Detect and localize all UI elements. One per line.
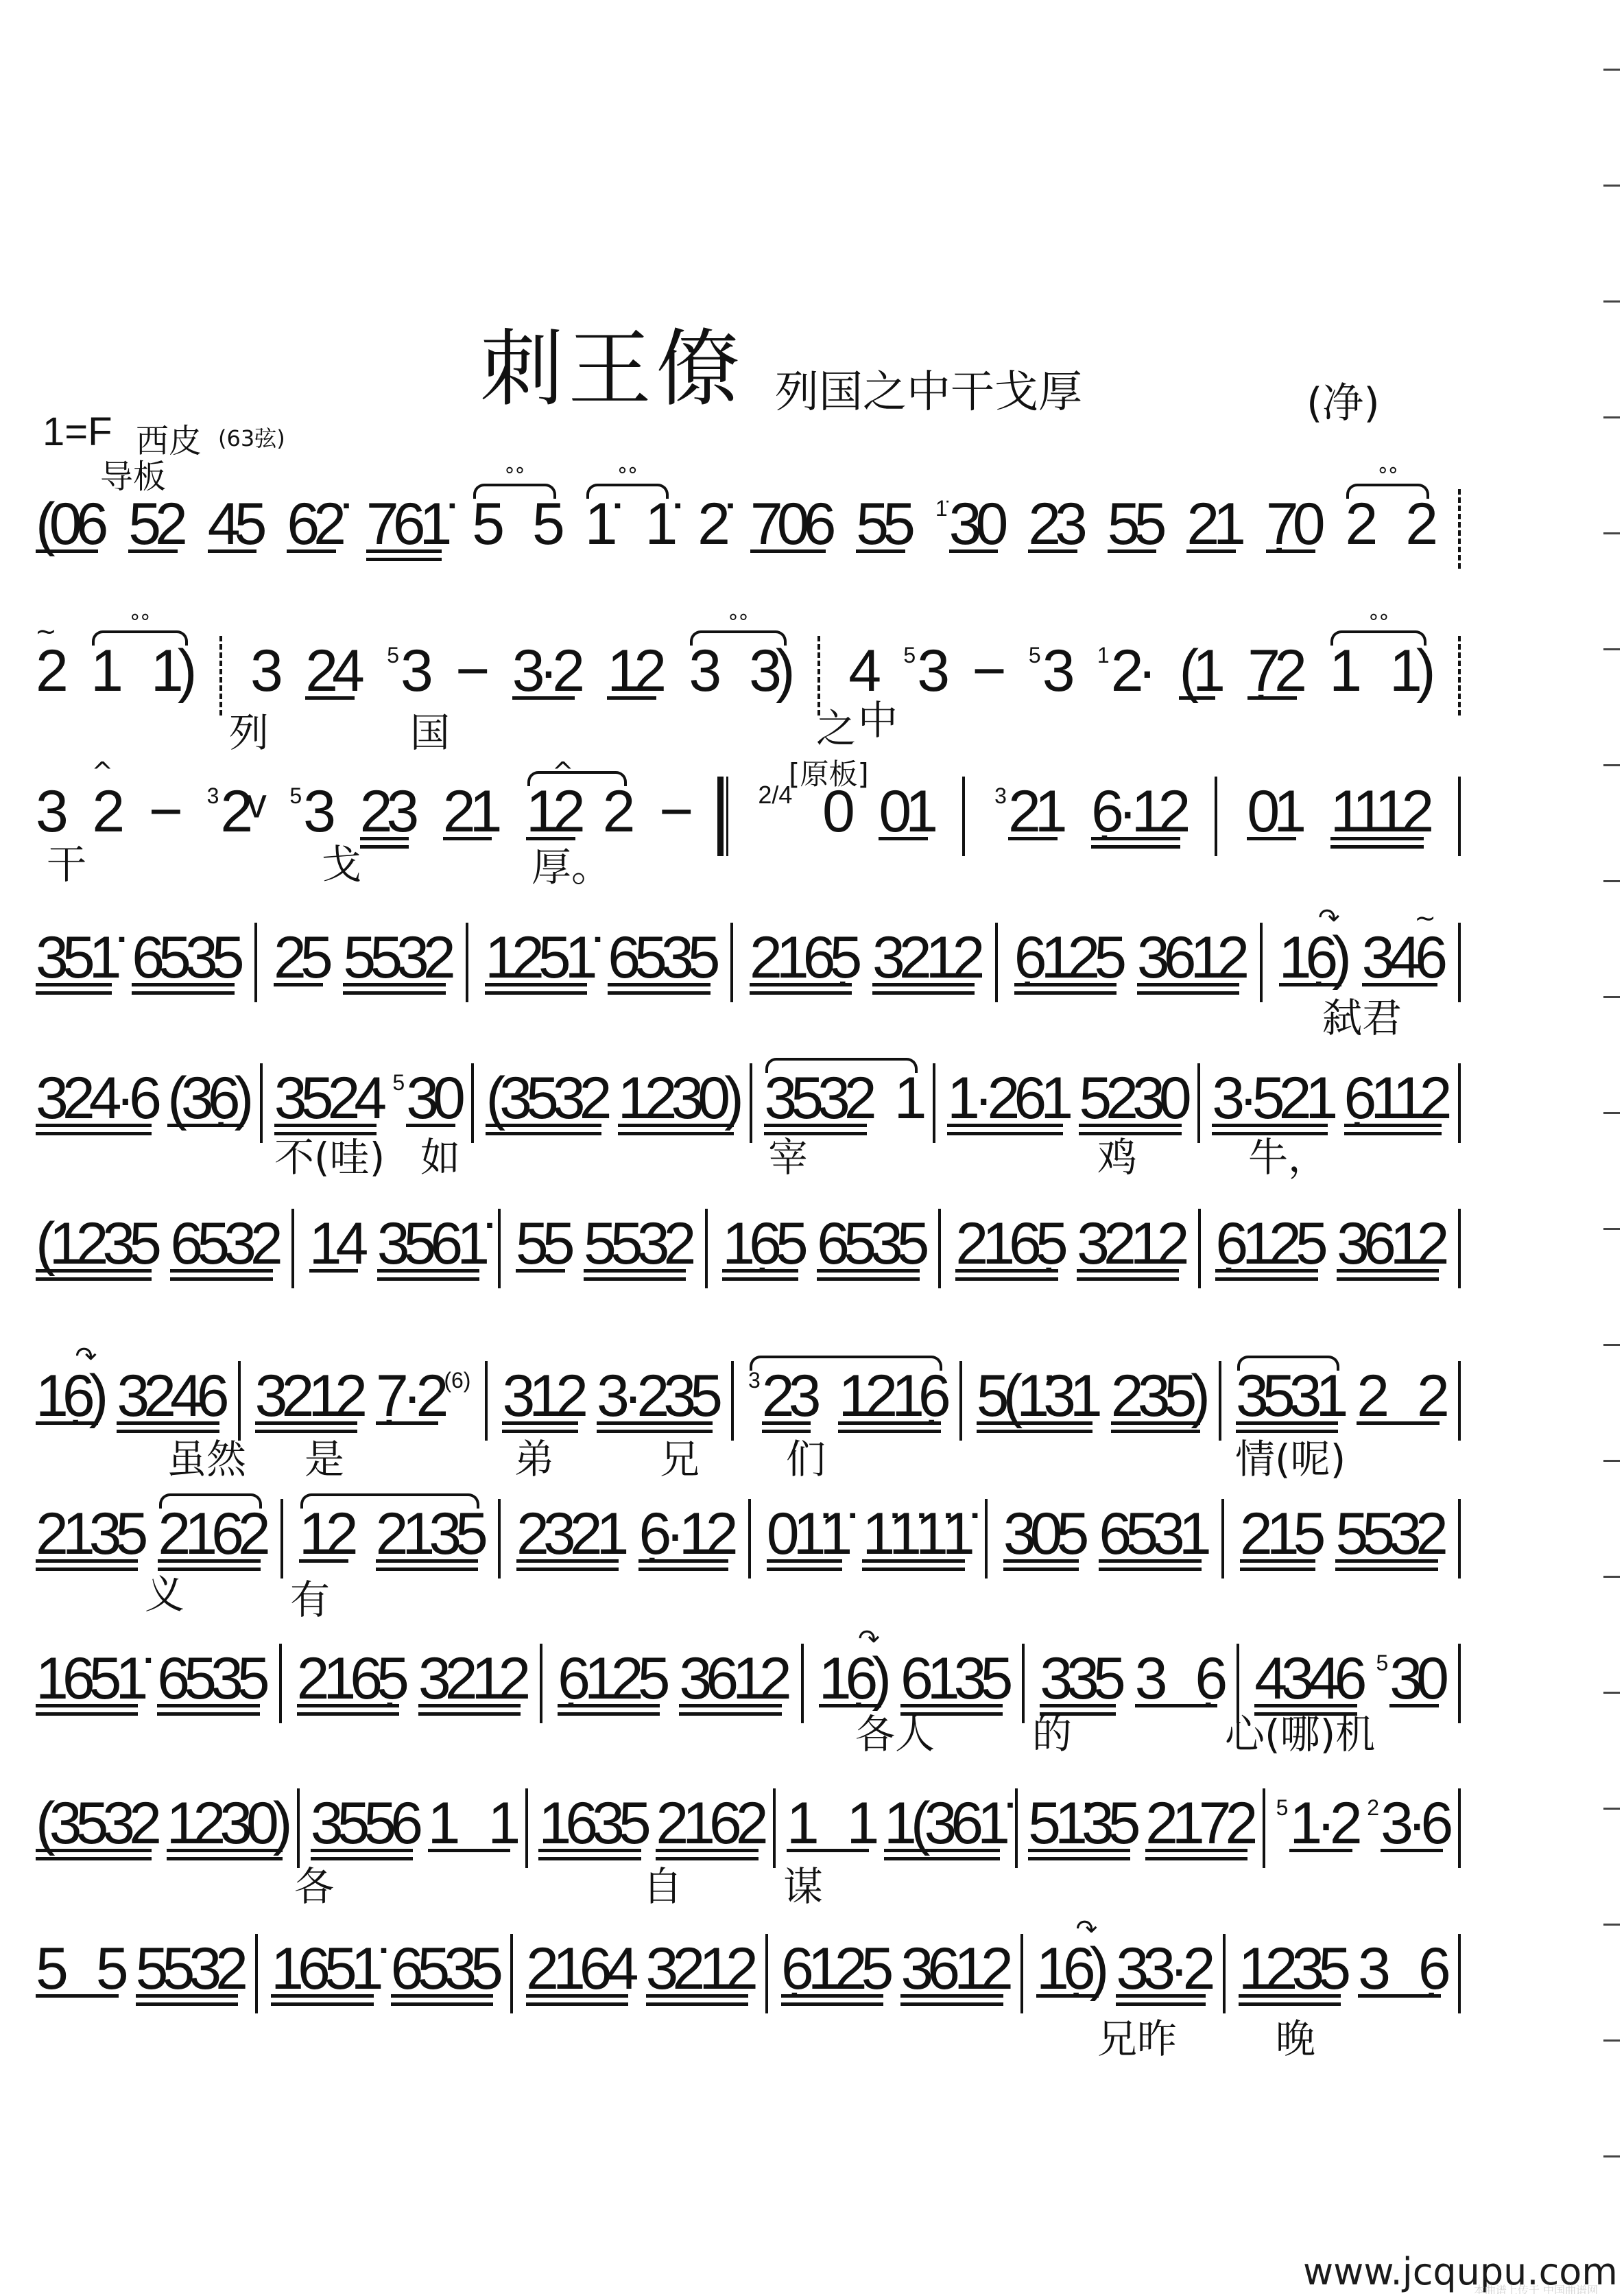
note-group: 530	[392, 1069, 459, 1128]
note-digits: 16̣)	[819, 1649, 885, 1708]
note-group: 3612	[900, 1939, 1007, 1998]
note-group: 6̣125	[1215, 1214, 1322, 1273]
note-digits: 2135	[36, 1504, 142, 1563]
note-group: 45	[208, 495, 261, 554]
note-group: 3531	[1236, 1367, 1342, 1426]
note-digits: 0	[822, 782, 849, 841]
double-beam-line	[955, 1269, 1058, 1281]
lyric: 兄	[660, 1437, 700, 1481]
note-group: 3524	[274, 1069, 381, 1128]
note-digits: 6̣·12	[1091, 782, 1184, 841]
double-beam-line	[608, 983, 710, 995]
note-digits: 21	[1008, 782, 1062, 841]
note-digits: 51̇35	[1028, 1794, 1134, 1853]
barline	[525, 1788, 528, 1868]
note-digits: 1651̇	[271, 1939, 377, 1998]
double-beam-line	[558, 1704, 660, 1716]
note-digits: 1 1	[787, 1794, 874, 1853]
note-digits: 2321	[516, 1504, 623, 1563]
harmonic-circle-icon: °°	[1333, 613, 1424, 633]
grace-note: 3	[207, 785, 219, 807]
note-group: 21	[443, 782, 497, 841]
double-beam-line	[1028, 1849, 1130, 1860]
barline	[471, 1063, 474, 1143]
note-digits: 3212	[418, 1649, 525, 1708]
lyric: 弟	[514, 1437, 554, 1481]
note-group: 3212	[872, 928, 979, 987]
note-digits: 3·521	[1212, 1069, 1332, 1128]
note-group: 33·2	[1116, 1939, 1209, 1998]
barline	[962, 777, 965, 856]
note-group: 16̣)↷	[1036, 1939, 1103, 1998]
note-digits: 1(361̇	[884, 1794, 1004, 1853]
note-group: 3212	[1077, 1214, 1183, 1273]
harmonic-circle-icon: °°	[1349, 466, 1426, 486]
trailing-grace-note: (6)	[444, 1369, 470, 1391]
note-group: 6̣125	[781, 1939, 887, 1998]
note-group: 14	[309, 1214, 363, 1273]
note-group: 6̣·12	[638, 1504, 732, 1563]
double-beam-line	[170, 1269, 272, 1281]
note-digits: 2	[92, 782, 119, 841]
note-group: 23·6	[1367, 1794, 1447, 1853]
double-beam-line	[311, 1849, 413, 1860]
barline	[765, 1934, 768, 2013]
note-digits: 4346	[1254, 1649, 1361, 1708]
double-beam-line	[1239, 1994, 1341, 2006]
double-beam-line	[618, 1124, 734, 1135]
double-beam-line	[167, 1849, 283, 1860]
note-group: 323	[748, 1367, 815, 1426]
note-group: 01	[879, 782, 932, 841]
key-signature: 1=F	[43, 409, 112, 455]
note-digits: 12	[299, 1504, 353, 1563]
double-beam-line	[36, 1124, 152, 1135]
beam-line	[526, 837, 575, 840]
note-group: 7̣·2(6)	[376, 1367, 470, 1426]
note-digits: 5532	[1335, 1504, 1442, 1563]
note-digits: 5532	[584, 1214, 690, 1273]
barline	[510, 1934, 513, 2013]
tempo-intro-label: 导板	[100, 450, 166, 497]
beam-line	[309, 1269, 359, 1273]
dashed-barline	[817, 636, 820, 716]
note-group: 6535	[391, 1939, 497, 1998]
note-digits: 3532	[764, 1069, 870, 1128]
role-type: (净)	[1306, 370, 1380, 429]
note-group: 3·521	[1212, 1069, 1332, 1128]
double-beam-line	[817, 1269, 919, 1281]
note-group: 7̣0	[1266, 495, 1319, 554]
harmonic-circle-icon: °°	[95, 613, 185, 633]
double-beam-line	[767, 1559, 843, 1571]
double-beam-line	[255, 1421, 357, 1433]
note-group: 346~	[1362, 928, 1442, 987]
slur-arc-icon: °°	[586, 484, 669, 499]
beam-line	[443, 837, 492, 840]
double-beam-line	[1111, 1421, 1200, 1433]
note-digits: 1216̣	[838, 1367, 944, 1426]
slur-arc-icon	[765, 1058, 918, 1073]
double-beam-line	[36, 1269, 152, 1281]
note-digits: −	[149, 782, 177, 841]
tuning-label: (63弦)	[218, 421, 285, 453]
double-beam-line	[391, 1994, 493, 2006]
note-digits: 3	[36, 782, 62, 841]
note-group: 1̇1̇1̇1̇	[862, 1504, 968, 1563]
note-group: 1 1	[787, 1794, 874, 1853]
note-digits: 235)	[1111, 1367, 1204, 1426]
beam-line	[167, 1124, 243, 1127]
slurred-group: 3231216̣	[748, 1367, 945, 1426]
double-beam-line	[656, 1849, 758, 1860]
score-line-11: 5 555321651̇6535216432126̣125361216̣)↷33…	[36, 1939, 1461, 1998]
note-digits: 2	[36, 641, 62, 700]
note-group: 3 6̣	[1358, 1939, 1445, 1998]
double-beam-line	[722, 1269, 798, 1281]
dashed-barline	[1458, 636, 1461, 716]
beam-line	[376, 1421, 438, 1425]
barline	[466, 923, 468, 1002]
note-group: (06	[36, 495, 102, 554]
beam-line	[787, 1849, 870, 1852]
note-digits: 6535	[608, 928, 714, 987]
lyric: 心(哪)机	[1225, 1712, 1375, 1756]
note-group: 2̇	[697, 495, 724, 554]
note-digits: 3	[250, 641, 277, 700]
note-group: 305	[1003, 1504, 1084, 1563]
note-digits: 6532	[170, 1214, 276, 1273]
note-digits: (3532	[36, 1794, 156, 1853]
note-digits: 2165̣	[955, 1214, 1062, 1273]
note-group: 2 2	[1357, 1367, 1444, 1426]
note-digits: 21	[443, 782, 497, 841]
note-digits: 6̣125	[558, 1649, 664, 1708]
double-beam-line	[377, 1269, 479, 1281]
note-group: 3556	[311, 1794, 417, 1853]
note-group: 6̣125	[558, 1649, 664, 1708]
note-group: 62̇	[287, 495, 340, 554]
note-group: 01̇1̇	[767, 1504, 847, 1563]
barline	[498, 1209, 501, 1288]
note-group: 2	[603, 782, 630, 841]
note-digits: 2ᵛ	[220, 782, 259, 841]
grace-note: 5	[1029, 644, 1041, 666]
note-digits: 3612	[1137, 928, 1243, 987]
note-group: 5 5	[36, 1939, 123, 1998]
grace-note: 3	[748, 1369, 761, 1391]
double-beam-line	[36, 1704, 138, 1716]
barline	[705, 1209, 708, 1288]
note-group: 0	[822, 782, 849, 841]
double-beam-line	[297, 1704, 399, 1716]
barline	[995, 923, 998, 1002]
barline	[255, 1934, 258, 2013]
double-beam-line	[36, 1559, 138, 1571]
barline	[291, 1209, 294, 1288]
note-group: 12^	[526, 782, 580, 841]
note-digits: 1	[894, 1069, 921, 1128]
barline	[279, 1644, 282, 1723]
double-beam-line	[366, 549, 442, 561]
lyric: 鸡	[1097, 1135, 1137, 1179]
lyric: 自	[643, 1865, 682, 1908]
note-digits: 3556	[311, 1794, 417, 1853]
grace-note: 3	[994, 785, 1007, 807]
barline	[985, 1499, 988, 1578]
double-beam-line	[750, 983, 852, 995]
beam-line	[1389, 1704, 1439, 1707]
note-digits: 2172	[1145, 1794, 1252, 1853]
note-group: 3212	[255, 1367, 361, 1426]
note-group: 1635	[538, 1794, 645, 1853]
note-digits: 215	[1240, 1504, 1320, 1563]
double-beam-line	[502, 1421, 578, 1433]
note-digits: 6135	[900, 1649, 1007, 1708]
note-group: 12·	[1097, 641, 1151, 700]
double-beam-line	[486, 1124, 601, 1135]
grace-note: 2	[1367, 1797, 1379, 1819]
note-digits: 6531	[1099, 1504, 1205, 1563]
barline	[1263, 1788, 1265, 1868]
beam-line	[406, 1124, 455, 1127]
note-group: (3532	[486, 1069, 606, 1128]
note-digits: 351̇	[36, 928, 116, 987]
barline	[801, 1644, 804, 1723]
note-digits: 1·261	[947, 1069, 1067, 1128]
double-beam-line	[1240, 1559, 1316, 1571]
note-digits: 23	[1028, 495, 1082, 554]
note-group: 16̣)↷	[1279, 928, 1346, 987]
double-beam-line	[271, 1994, 373, 2006]
lyric: 中	[858, 698, 898, 742]
note-group: (36̣)	[167, 1069, 248, 1128]
note-digits: 6535	[132, 928, 238, 987]
double-beam-line	[485, 983, 587, 995]
note-group: 2162	[656, 1794, 762, 1853]
note-digits: 3·235	[597, 1367, 717, 1426]
grace-note: 1	[1097, 644, 1110, 666]
double-beam-line	[1335, 1559, 1437, 1571]
note-group: 55	[1108, 495, 1161, 554]
double-beam-line	[1330, 837, 1424, 849]
note-group: 25	[274, 928, 327, 987]
barline	[959, 1361, 962, 1441]
grace-note: 5	[903, 644, 916, 666]
barline	[1458, 1209, 1461, 1288]
note-group: 1235	[1239, 1939, 1345, 1998]
slur-arc-icon: °°	[690, 630, 786, 646]
note-digits: 3	[303, 782, 330, 841]
note-group: (1235	[36, 1214, 156, 1273]
note-digits: 3612	[679, 1649, 785, 1708]
trill-ornament-icon: ~	[1414, 905, 1436, 931]
barline	[1260, 923, 1263, 1002]
note-digits: 6535	[817, 1214, 923, 1273]
note-digits: 12	[526, 782, 580, 841]
score-line-5: 324·6(36̣)3524530(35321230)353211·261523…	[36, 1069, 1461, 1128]
grace-note: 5	[1376, 1652, 1388, 1674]
note-digits: 1 1	[428, 1794, 515, 1853]
note-digits: 2 2	[1345, 495, 1432, 554]
slurred-group: 35321	[764, 1069, 920, 1128]
double-beam-line	[872, 983, 975, 995]
barline	[540, 1644, 542, 1723]
note-group: 23	[1028, 495, 1082, 554]
beam-line	[208, 549, 257, 553]
note-group: 2165̣	[955, 1214, 1062, 1273]
beam-line	[1362, 983, 1438, 986]
grace-note: 5	[289, 785, 302, 807]
double-beam-line	[1077, 1269, 1179, 1281]
beam-line	[750, 549, 826, 553]
double-beam-line	[132, 983, 234, 995]
note-digits: 12	[607, 641, 660, 700]
note-group: 351̇	[36, 928, 116, 987]
note-group: 6531	[1099, 1504, 1205, 1563]
score-line-10: (35321230)35561 1163521621 11(361̇51̇352…	[36, 1794, 1461, 1853]
beam-line	[36, 549, 98, 553]
note-digits: 14	[309, 1214, 363, 1273]
note-digits: 6̣112	[1344, 1069, 1446, 1128]
note-digits: 3531	[1236, 1367, 1342, 1426]
barline	[773, 1788, 776, 1868]
note-digits: 01	[879, 782, 932, 841]
double-beam-line	[1137, 983, 1239, 995]
lyric: 们	[786, 1437, 826, 1481]
grace-note: 1̇	[935, 497, 948, 519]
note-group: 2135	[36, 1504, 142, 1563]
barline	[260, 1063, 263, 1143]
note-group: 4346	[1254, 1649, 1361, 1708]
note-digits: 706	[750, 495, 831, 554]
double-beam-line	[1215, 1269, 1317, 1281]
note-digits: 1230)	[618, 1069, 738, 1128]
trill-ornament-icon: ~	[35, 618, 57, 644]
double-beam-line	[526, 1994, 628, 2006]
note-digits: 16̣)	[1036, 1939, 1103, 1998]
note-group: 1216̣	[838, 1367, 944, 1426]
harmonic-circle-icon: °°	[476, 466, 553, 486]
slur-arc-icon	[300, 1493, 479, 1509]
lyric: 之	[816, 707, 856, 750]
note-digits: 2164	[526, 1939, 632, 1998]
note-group: 21	[1186, 495, 1240, 554]
double-beam-line	[762, 1421, 811, 1433]
barline	[748, 1499, 751, 1578]
slur-arc-icon	[750, 1356, 942, 1371]
note-group: 32ᵛ	[207, 782, 260, 841]
beam-line	[305, 696, 355, 700]
note-group: 5532	[1335, 1504, 1442, 1563]
note-digits: 3524	[274, 1069, 381, 1128]
score-page: 刺王僚 列国之中干戈厚 (净) 1=F 西皮 (63弦) 导板 [原板] (06…	[0, 0, 1624, 2294]
note-digits: −	[972, 641, 1000, 700]
beam-line	[1135, 1704, 1218, 1707]
note-digits: 1651̇	[36, 1649, 142, 1708]
harmonic-circle-icon: °°	[693, 613, 783, 633]
turn-ornament-icon: ↷	[1075, 1916, 1097, 1942]
beam-line	[1266, 549, 1315, 553]
note-group: 55	[516, 1214, 569, 1273]
note-group: 3612	[1137, 928, 1243, 987]
beam-line	[516, 1269, 565, 1273]
note-group: 24	[305, 641, 359, 700]
lyric: 宰	[768, 1135, 808, 1179]
note-group: 6535	[608, 928, 714, 987]
note-group: 55	[856, 495, 909, 554]
note-group: 324·6	[36, 1069, 156, 1128]
note-group: 3 6̣	[1135, 1649, 1222, 1708]
note-group: 5532	[343, 928, 449, 987]
note-group: 6̣·12	[1091, 782, 1184, 841]
lyric: 晚	[1276, 2017, 1315, 2061]
harmonic-circle-icon: °°	[589, 466, 667, 486]
lyric: 情(呢)	[1235, 1437, 1346, 1481]
beam-line	[607, 696, 656, 700]
note-group: 5230	[1079, 1069, 1185, 1128]
turn-ornament-icon: ↷	[858, 1626, 880, 1652]
note-group: 3561̇	[377, 1214, 483, 1273]
barline	[933, 1063, 935, 1143]
note-group: 2164	[526, 1939, 632, 1998]
double-beam-line	[679, 1704, 781, 1716]
note-group: 4	[848, 641, 875, 700]
note-group: 1 1)°°	[91, 641, 191, 700]
lyric: 干	[47, 842, 86, 886]
beam-line	[287, 549, 336, 553]
double-beam-line	[947, 1124, 1063, 1135]
sustain-dash: −	[455, 641, 483, 700]
note-group: 5 5°°	[472, 495, 559, 554]
note-group: 1651̇	[271, 1939, 377, 1998]
double-beam-line	[1344, 1124, 1442, 1135]
barline	[1022, 1644, 1025, 1723]
double-beam-line	[638, 1559, 728, 1571]
grace-note: 5	[392, 1072, 405, 1093]
note-digits: 2165̣	[750, 928, 856, 987]
note-digits: 2	[603, 782, 630, 841]
note-digits: 23	[360, 782, 414, 841]
note-digits: 1251̇	[485, 928, 591, 987]
note-digits: 324·6	[36, 1069, 156, 1128]
note-digits: 6̣125	[1215, 1214, 1322, 1273]
note-digits: 3212	[255, 1367, 361, 1426]
note-group: 6̣125	[1014, 928, 1121, 987]
double-beam-line	[977, 1421, 1092, 1433]
note-group: 2 2°°	[1345, 495, 1432, 554]
note-group: 52	[128, 495, 182, 554]
lyric: 义	[145, 1572, 184, 1616]
beam-line	[1186, 549, 1236, 553]
double-beam-line	[1236, 1421, 1338, 1433]
note-digits: 5 5	[472, 495, 559, 554]
note-digits: 312	[502, 1367, 582, 1426]
lyric: 如	[420, 1135, 460, 1179]
note-group: 12	[299, 1504, 353, 1563]
note-group: 1230)	[618, 1069, 738, 1128]
barline	[1458, 923, 1461, 1002]
aria-subtitle: 列国之中干戈厚	[775, 357, 1082, 420]
note-digits: 30	[406, 1069, 459, 1128]
double-beam-line	[136, 1994, 238, 2006]
note-digits: 4	[848, 641, 875, 700]
double-beam-line	[884, 1849, 1000, 1860]
note-digits: 6535	[391, 1939, 497, 1998]
beam-line	[1008, 837, 1058, 840]
note-digits: 3246	[117, 1367, 223, 1426]
note-group: 6535	[157, 1649, 263, 1708]
